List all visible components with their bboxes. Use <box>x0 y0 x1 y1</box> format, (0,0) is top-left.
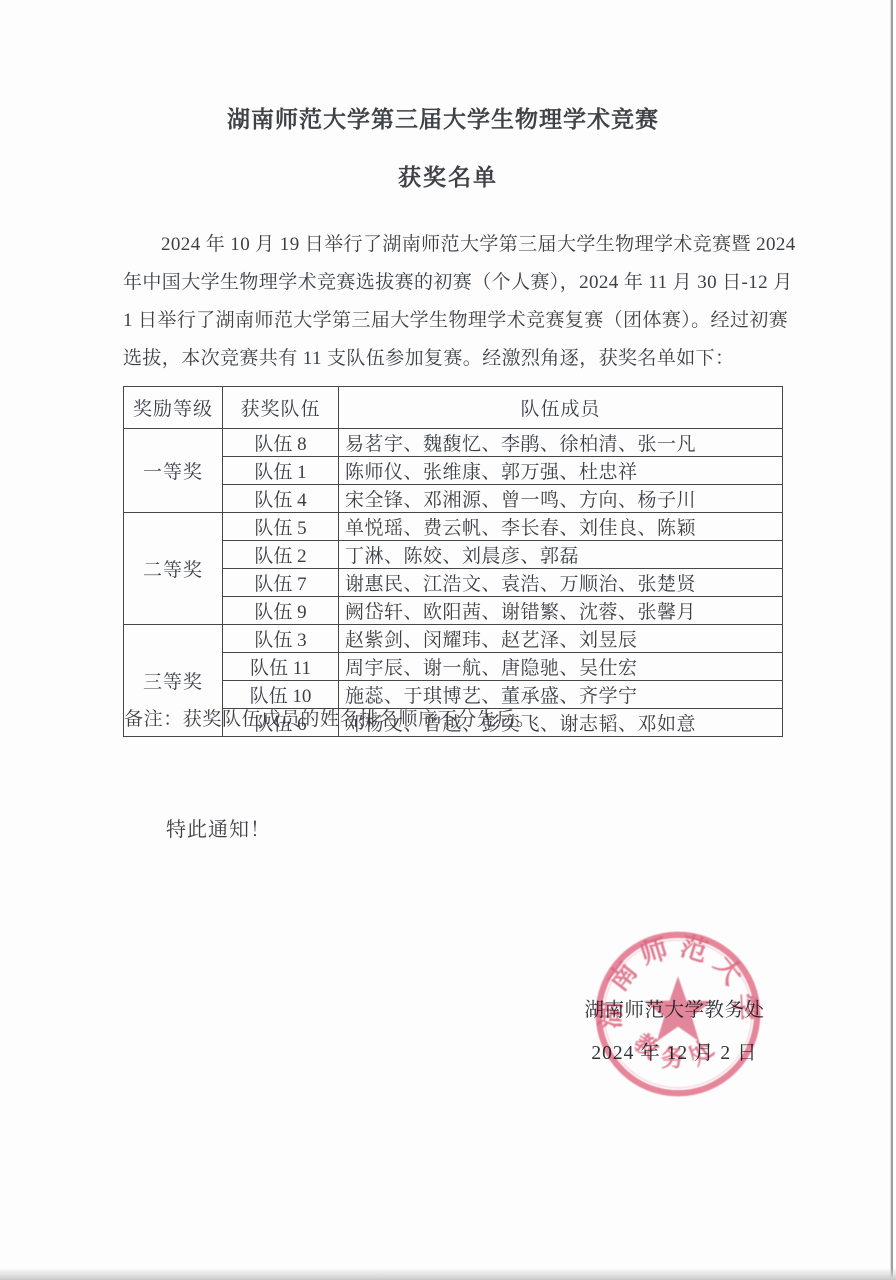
intro-paragraph: 2024 年 10 月 19 日举行了湖南师范大学第三届大学生物理学术竞赛暨 2… <box>123 226 783 378</box>
team-cell: 队伍 2 <box>223 541 339 569</box>
table-row: 队伍 4宋全锋、邓湘源、曾一鸣、方向、杨子川 <box>124 485 783 513</box>
note-text: 备注：获奖队伍成员的姓名排名顺序不分先后。 <box>124 704 536 731</box>
team-cell: 队伍 9 <box>223 597 339 625</box>
team-cell: 队伍 11 <box>223 653 339 681</box>
table-row: 二等奖队伍 5单悦瑶、费云帆、李长春、刘佳良、陈颖 <box>124 513 783 541</box>
table-row: 一等奖队伍 8易茗宇、魏馥忆、李鹃、徐柏清、张一凡 <box>124 429 783 457</box>
document-page: 湖南师范大学第三届大学生物理学术竞赛 获奖名单 2024 年 10 月 19 日… <box>0 0 896 1280</box>
members-cell: 赵紫剑、闵耀玮、赵艺泽、刘昱辰 <box>339 625 783 653</box>
team-cell: 队伍 4 <box>223 485 339 513</box>
svg-text:教务处: 教务处 <box>629 1029 728 1073</box>
page-edge-right <box>890 0 893 1280</box>
intro-line: 2024 年 10 月 19 日举行了湖南师范大学第三届大学生物理学术竞赛暨 2… <box>123 226 783 264</box>
table-row: 队伍 9阙岱轩、欧阳茜、谢错繁、沈蓉、张馨月 <box>124 597 783 625</box>
members-cell: 宋全锋、邓湘源、曾一鸣、方向、杨子川 <box>339 485 783 513</box>
members-cell: 陈师仪、张维康、郭万强、杜忠祥 <box>339 457 783 485</box>
table-row: 三等奖队伍 3赵紫剑、闵耀玮、赵艺泽、刘昱辰 <box>124 625 783 653</box>
team-cell: 队伍 5 <box>223 513 339 541</box>
table-row: 队伍 2丁淋、陈姣、刘晨彦、郭磊 <box>124 541 783 569</box>
seal-star-icon <box>644 976 712 1041</box>
official-seal-stamp: 湖南师范大学 教务处 <box>588 924 768 1104</box>
document-title: 湖南师范大学第三届大学生物理学术竞赛 <box>0 101 886 134</box>
intro-line: 1 日举行了湖南师范大学第三届大学生物理学术竞赛复赛（团体赛）。经过初赛 <box>123 302 783 340</box>
seal-bottom-text: 教务处 <box>629 1029 728 1073</box>
members-cell: 丁淋、陈姣、刘晨彦、郭磊 <box>339 541 783 569</box>
document-subtitle: 获奖名单 <box>0 159 896 192</box>
header-award-level: 奖励等级 <box>124 387 223 429</box>
members-cell: 周宇辰、谢一航、唐隐驰、吴仕宏 <box>339 653 783 681</box>
intro-line: 选拔，本次竞赛共有 11 支队伍参加复赛。经激烈角逐，获奖名单如下： <box>123 340 783 378</box>
award-level-cell: 一等奖 <box>124 429 223 513</box>
table-row: 队伍 11周宇辰、谢一航、唐隐驰、吴仕宏 <box>124 653 783 681</box>
team-cell: 队伍 7 <box>223 569 339 597</box>
team-cell: 队伍 8 <box>223 429 339 457</box>
table-row: 队伍 1陈师仪、张维康、郭万强、杜忠祥 <box>124 457 783 485</box>
team-cell: 队伍 1 <box>223 457 339 485</box>
intro-line: 年中国大学生物理学术竞赛选拔赛的初赛（个人赛），2024 年 11 月 30 日… <box>123 264 783 302</box>
closing-text: 特此通知！ <box>166 813 271 842</box>
table-row: 队伍 7谢惠民、江浩文、袁浩、万顺治、张楚贤 <box>124 569 783 597</box>
members-cell: 单悦瑶、费云帆、李长春、刘佳良、陈颖 <box>339 513 783 541</box>
header-team: 获奖队伍 <box>223 387 339 429</box>
award-level-cell: 二等奖 <box>124 513 223 625</box>
header-members: 队伍成员 <box>339 387 783 429</box>
members-cell: 阙岱轩、欧阳茜、谢错繁、沈蓉、张馨月 <box>339 597 783 625</box>
award-table: 奖励等级 获奖队伍 队伍成员 一等奖队伍 8易茗宇、魏馥忆、李鹃、徐柏清、张一凡… <box>123 386 783 737</box>
table-header-row: 奖励等级 获奖队伍 队伍成员 <box>124 387 783 429</box>
page-edge-bottom <box>0 1268 896 1280</box>
members-cell: 谢惠民、江浩文、袁浩、万顺治、张楚贤 <box>339 569 783 597</box>
team-cell: 队伍 3 <box>223 625 339 653</box>
members-cell: 易茗宇、魏馥忆、李鹃、徐柏清、张一凡 <box>339 429 783 457</box>
